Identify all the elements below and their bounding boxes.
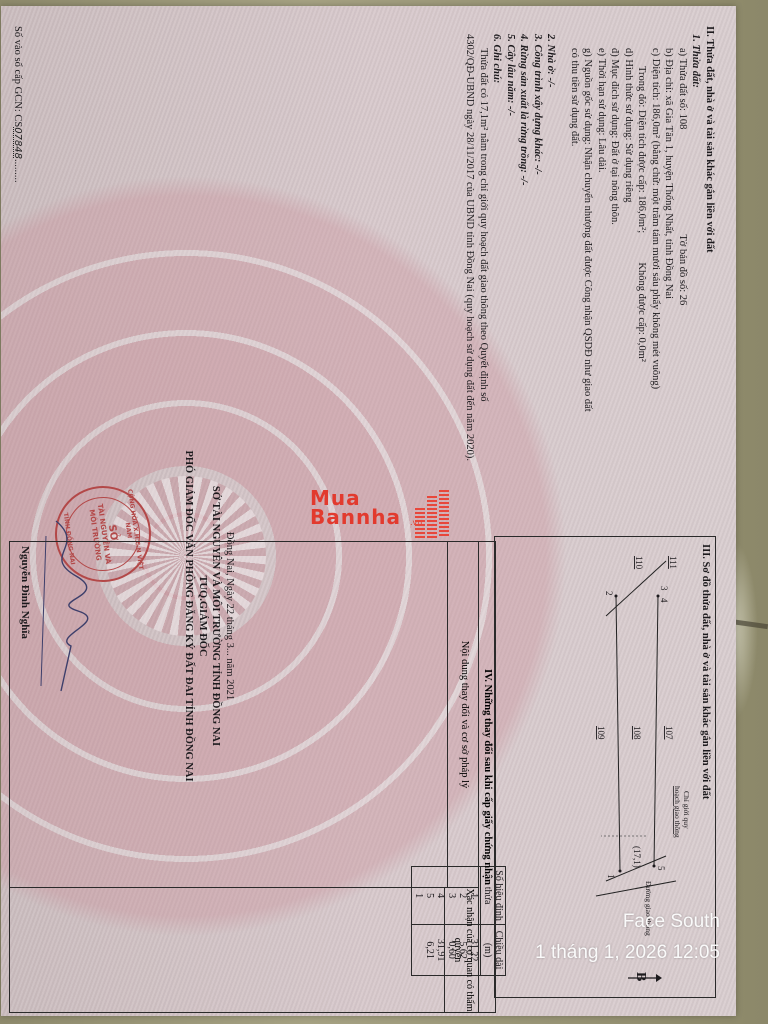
notes-line-2: 4302/QĐ-UBND ngày 28/11/2017 của UBND tỉ…: [463, 26, 477, 461]
production-forest: 4. Rừng sản xuất là rừng trồng: -/-: [517, 26, 531, 461]
planning-label-2: hoạch giao thông: [673, 786, 682, 838]
authority-confirmation-header: Xác nhận của cơ quan có thẩm quyền: [444, 888, 478, 1012]
planning-area-label: (17,1): [632, 846, 642, 868]
vertex-label-3: 3: [659, 586, 669, 591]
vertex-label-4: 4: [659, 598, 669, 603]
building-icon: [439, 490, 449, 538]
area-granted: Trong đó: Diện tích được cấp: 186,0m²;: [637, 66, 648, 233]
origin-line-1: g) Nguồn gốc sử dụng: Nhận chuyển nhượng…: [581, 26, 595, 461]
address: b) Địa chỉ: xã Gia Tân 1, huyện Thống Nh…: [662, 26, 676, 461]
area: c) Diện tích: 186,0m² (bằng chữ: một tră…: [649, 26, 663, 461]
map-sheet-number: 26: [677, 295, 688, 306]
timestamp: 1 tháng 1, 2026 12:05: [535, 938, 720, 968]
changes-content-header: Nội dung thay đổi và cơ sở pháp lý: [447, 542, 478, 888]
section-iv-changes-table: IV. Những thay đổi sau khi cấp giấy chứn…: [9, 541, 496, 1013]
watermark-line-2: Bannha: [310, 505, 401, 529]
section-iv-heading: IV. Những thay đổi sau khi cấp giấy chứn…: [478, 542, 495, 1012]
vertex-label-1: 1: [606, 874, 616, 879]
neighbor-parcel-109: 109: [596, 726, 606, 740]
location-label: Face South: [535, 910, 720, 934]
notes-heading: 6. Ghi chú:: [490, 26, 504, 461]
house: 2. Nhà ở: -/-: [544, 26, 558, 461]
svg-text:B: B: [633, 972, 648, 981]
parcel-number: 108: [677, 114, 688, 130]
building-icon: [415, 508, 425, 538]
neighbor-parcel-108: 108: [632, 726, 642, 740]
origin-line-2: có thu tiền sử dụng đất.: [568, 26, 582, 461]
vertex-label-2: 2: [604, 591, 614, 596]
registration-number: Số vào sổ cấp GCN: CS07848.........: [11, 26, 25, 183]
notes-line-1: Thửa đất có 17,1m² nằm trong chỉ giới qu…: [477, 26, 491, 461]
neighbor-parcel-111: 111: [668, 556, 678, 569]
registration-value: 07848: [12, 127, 23, 159]
muabannha-watermark: Mua Bannha .vn: [305, 488, 455, 548]
vertex-label-5: 5: [656, 866, 666, 871]
parcel-subheading: 1. Thửa đất:: [689, 26, 703, 461]
usage-term: e) Thời hạn sử dụng: Lâu dài.: [595, 26, 609, 461]
photo-timestamp-overlay: Face South 1 tháng 1, 2026 12:05: [535, 910, 720, 968]
parcel-number-label: a) Thửa đất số:: [677, 48, 688, 111]
map-sheet-label: Tờ bản đồ số:: [677, 234, 688, 292]
section-ii-parcel-info: II. Thửa đất, nhà ở và tài sản khác gắn …: [463, 26, 716, 461]
neighbor-parcel-110: 110: [634, 556, 644, 570]
other-constructions: 3. Công trình xây dựng khác: -/-: [531, 26, 545, 461]
planning-label-1: Chỉ giới quy: [682, 791, 691, 829]
area-not-granted: Không được cấp: 0,0m²: [637, 262, 648, 362]
area-detail-row: Trong đó: Diện tích được cấp: 186,0m²; K…: [635, 26, 649, 461]
parcel-number-row: a) Thửa đất số: 108 Tờ bản đồ số: 26: [676, 26, 690, 461]
north-arrow-icon: B: [626, 968, 662, 988]
usage-form: d) Hình thức sử dụng: Sử dụng riêng: [622, 26, 636, 461]
section-ii-heading: II. Thửa đất, nhà ở và tài sản khác gắn …: [703, 26, 717, 461]
registration-label: Số vào sổ cấp GCN: CS: [12, 26, 23, 127]
usage-purpose: đ) Mục đích sử dụng: Đất ở tại nông thôn…: [608, 26, 622, 461]
building-icon: [427, 496, 437, 538]
neighbor-parcel-107: 107: [664, 726, 674, 740]
perennial-trees: 5. Cây lâu năm: -/-: [504, 26, 518, 461]
